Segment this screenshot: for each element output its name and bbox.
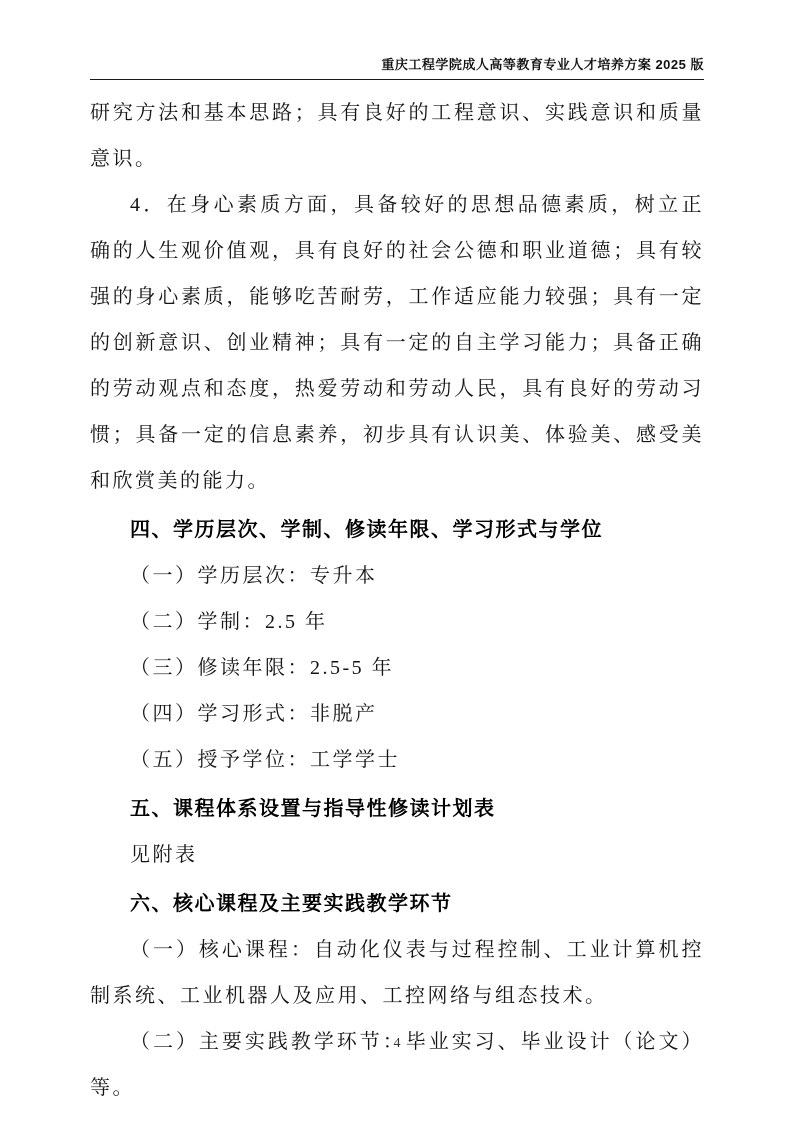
body-paragraph-item4: 4．在身心素质方面，具备较好的思想品德素质，树立正确的人生观价值观，具有良好的社… [90, 182, 704, 504]
body-paragraph-core-courses: （一）核心课程：自动化仪表与过程控制、工业计算机控制系统、工业机器人及应用、工控… [90, 927, 704, 1019]
list-item-study-years: （三）修读年限：2.5-5 年 [90, 645, 704, 691]
body-paragraph-practice-teaching: （二）主要实践教学环节：毕业实习、毕业设计（论文）等。 [90, 1019, 704, 1111]
body-paragraph-continuation: 研究方法和基本思路；具有良好的工程意识、实践意识和质量意识。 [90, 90, 704, 182]
list-item-degree-awarded: （五）授予学位：工学学士 [90, 737, 704, 783]
page-number: 4 [0, 1036, 794, 1052]
list-item-study-form: （四）学习形式：非脱产 [90, 691, 704, 737]
list-item-schooling-length: （二）学制：2.5 年 [90, 599, 704, 645]
running-header: 重庆工程学院成人高等教育专业人才培养方案 2025 版 [90, 54, 704, 80]
document-page: 重庆工程学院成人高等教育专业人才培养方案 2025 版 研究方法和基本思路；具有… [0, 0, 794, 1122]
section-heading-5: 五、课程体系设置与指导性修读计划表 [90, 786, 704, 832]
see-attached-table-note: 见附表 [90, 832, 704, 878]
section-heading-4: 四、学历层次、学制、修读年限、学习形式与学位 [90, 507, 704, 553]
page-content: 研究方法和基本思路；具有良好的工程意识、实践意识和质量意识。 4．在身心素质方面… [90, 90, 704, 1111]
section-heading-6: 六、核心课程及主要实践教学环节 [90, 881, 704, 927]
list-item-education-level: （一）学历层次：专升本 [90, 553, 704, 599]
